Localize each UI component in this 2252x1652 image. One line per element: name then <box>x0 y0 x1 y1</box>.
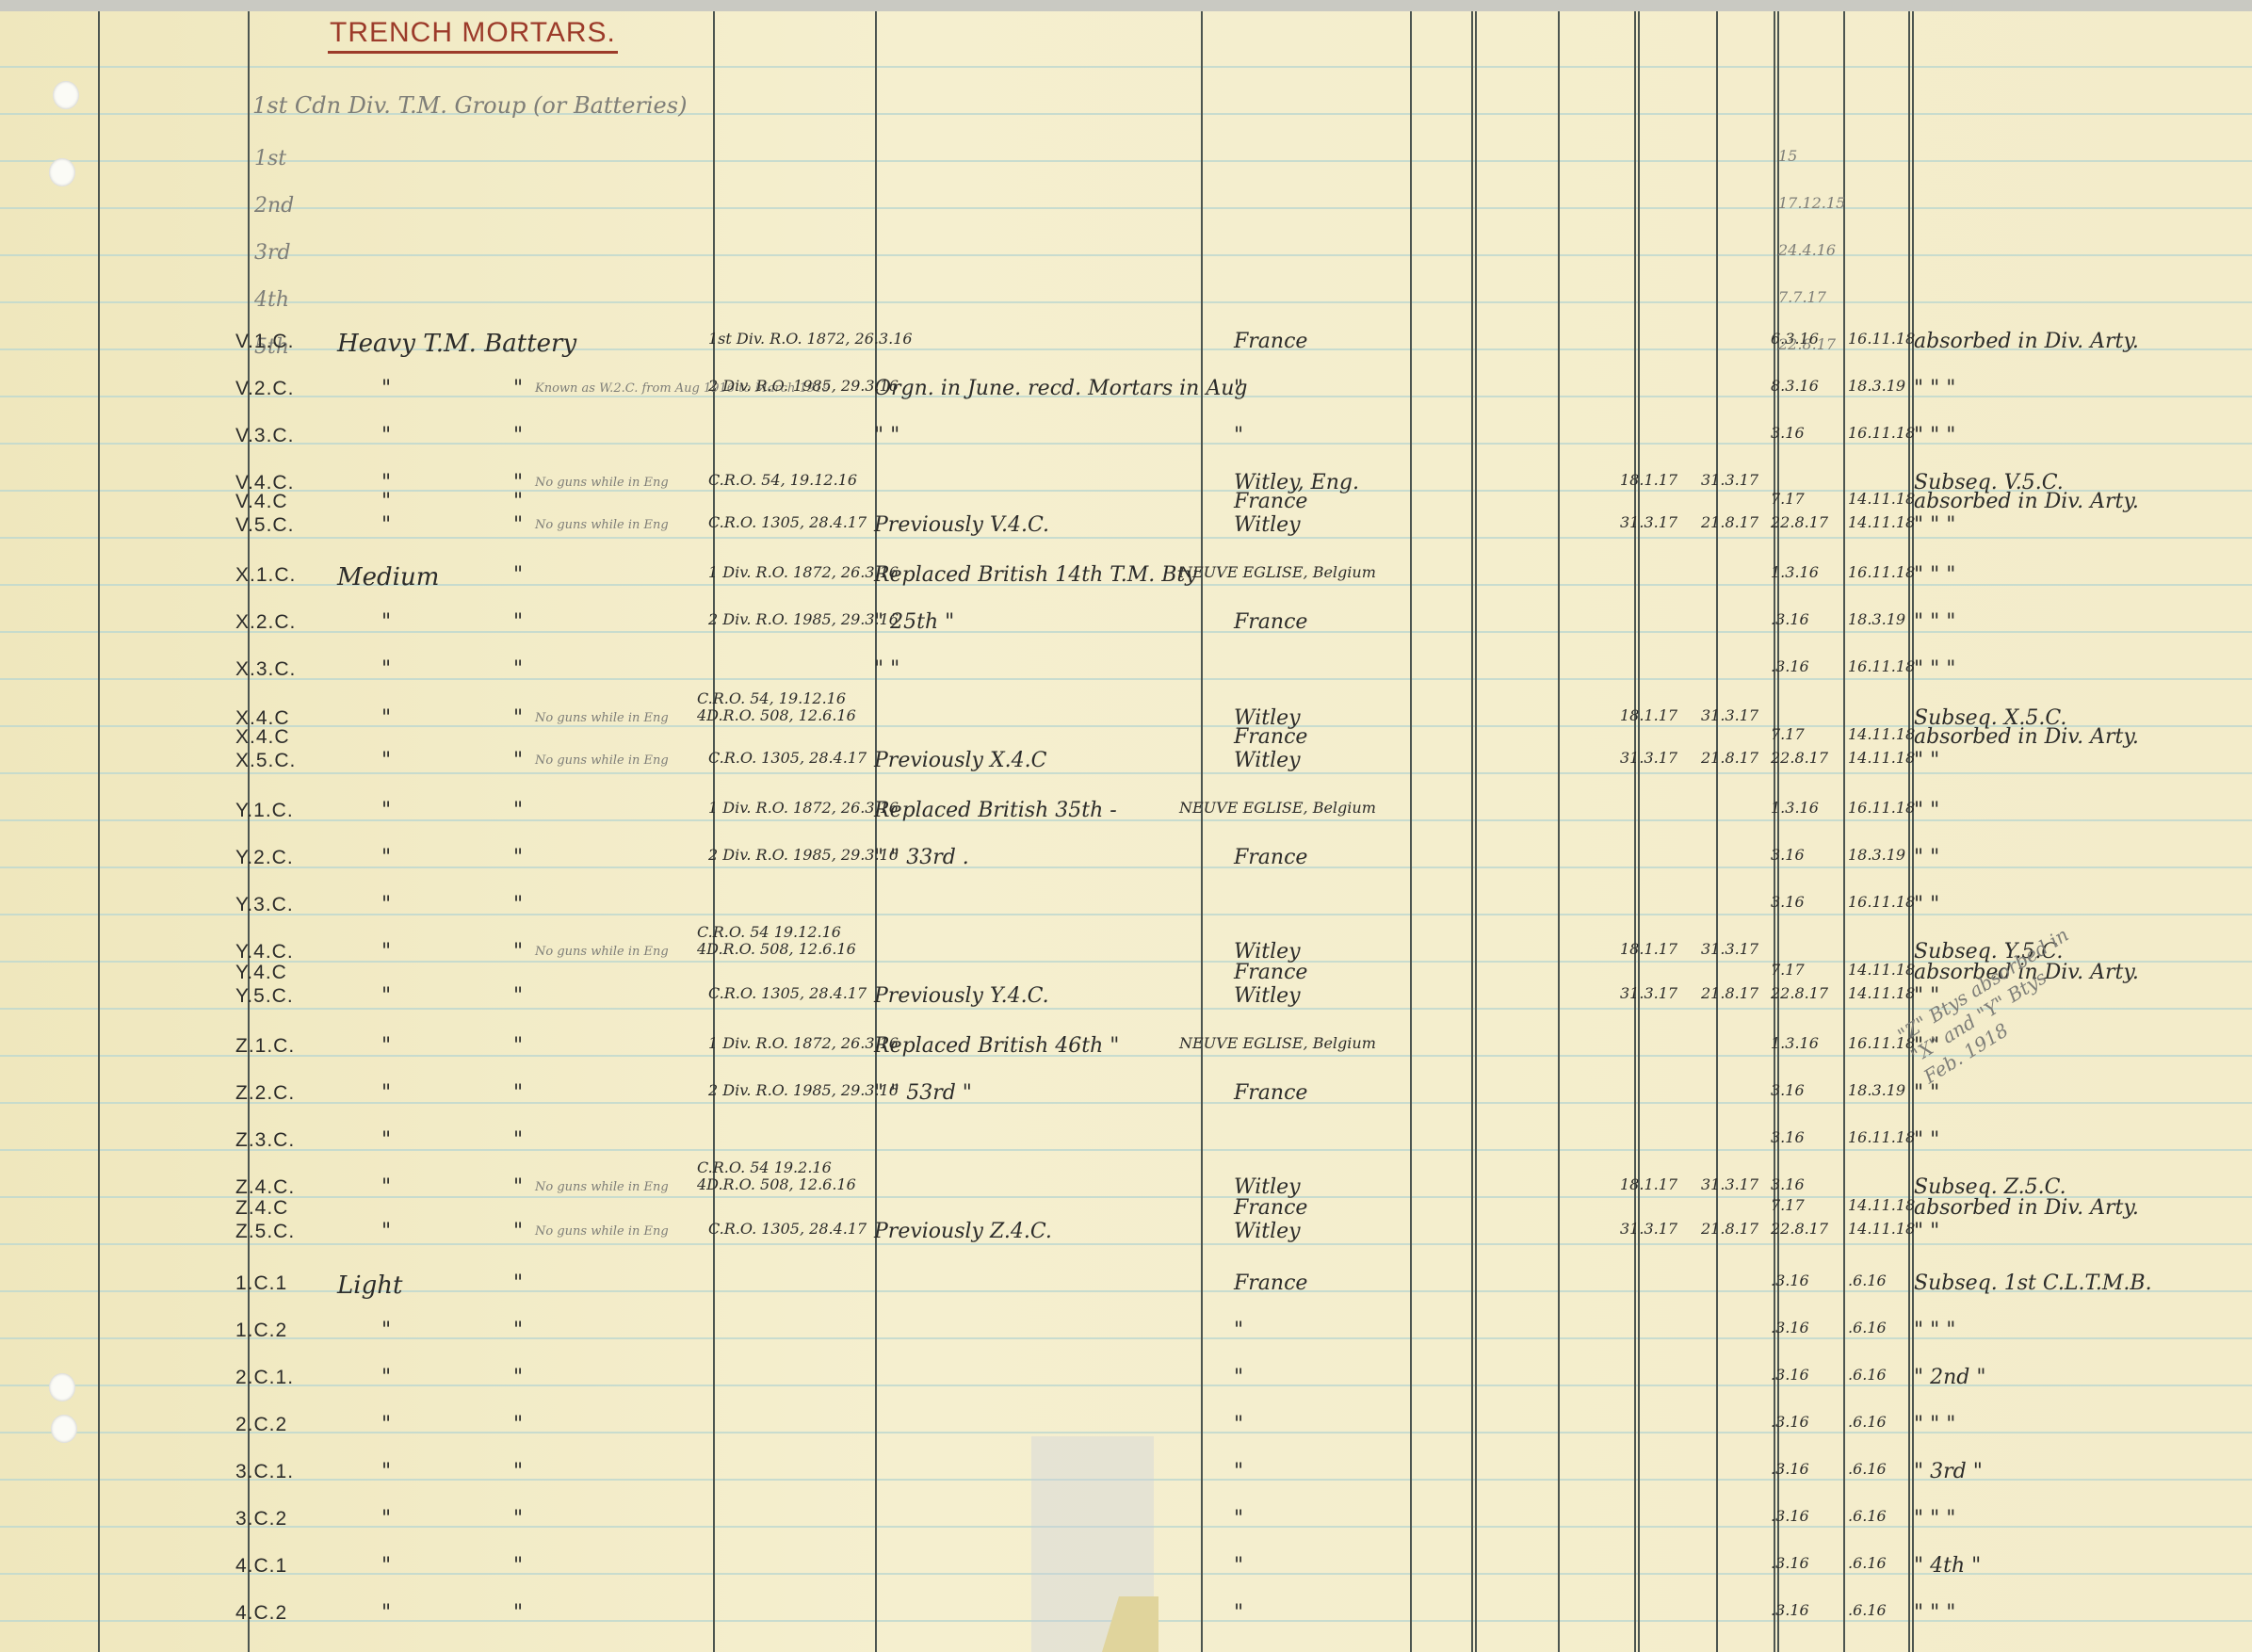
group-label: 1st <box>254 149 286 170</box>
ditto-mark: " <box>513 1177 523 1198</box>
location: France <box>1234 963 1307 983</box>
punch-hole <box>51 1415 77 1443</box>
remarks: " " 33rd . <box>874 848 969 868</box>
date-disbanded: .6.16 <box>1848 1415 1887 1430</box>
fate: " 2nd " <box>1914 1368 1985 1388</box>
date-from: 31.3.17 <box>1620 1222 1677 1237</box>
location: " <box>1234 1556 1243 1577</box>
pencil-note: No guns while in Eng <box>535 519 669 531</box>
fate: " " <box>1914 1222 1939 1242</box>
fate: absorbed in Div. Arty. <box>1914 492 2139 512</box>
location: " <box>1234 1509 1243 1530</box>
remarks: Previously Y.4.C. <box>874 986 1049 1007</box>
date-formed: 7.17 <box>1771 963 1805 978</box>
ruled-line <box>0 207 2252 209</box>
ditto-mark: " <box>513 612 523 633</box>
unit-type: " <box>381 379 391 399</box>
date-formed: .3.16 <box>1771 612 1809 627</box>
fate: absorbed in Div. Arty. <box>1914 727 2139 748</box>
unit-code: X.1.C. <box>235 565 296 585</box>
remarks: Replaced British 35th - <box>874 801 1117 821</box>
location: NEUVE EGLISE, Belgium <box>1179 1036 1376 1051</box>
unit-type: " <box>381 986 391 1007</box>
date-disbanded: .6.16 <box>1848 1603 1887 1618</box>
date-disbanded: 16.11.18 <box>1848 801 1915 816</box>
location: NEUVE EGLISE, Belgium <box>1179 801 1376 816</box>
date-disbanded: 16.11.18 <box>1848 332 1915 347</box>
unit-code: Y.3.C. <box>235 895 294 915</box>
date-disbanded: 16.11.18 <box>1848 659 1915 674</box>
unit-type: Medium <box>337 565 439 590</box>
date-to: 31.3.17 <box>1701 1177 1758 1192</box>
date-from: 31.3.17 <box>1620 751 1677 766</box>
column-rule <box>1716 11 1718 1652</box>
unit-code: X.3.C. <box>235 659 296 679</box>
authority-ref: 2 Div. R.O. 1985, 29.3.16 <box>708 848 899 863</box>
remarks: " " 53rd " <box>874 1083 972 1104</box>
date-from: 31.3.17 <box>1620 986 1677 1001</box>
unit-type: " <box>381 1556 391 1577</box>
ruled-line <box>0 772 2252 774</box>
unit-type: " <box>381 1083 391 1104</box>
authority-ref: 4D.R.O. 508, 12.6.16 <box>697 942 856 957</box>
unit-code: V.4.C <box>235 492 288 511</box>
date-formed: .3.16 <box>1771 1556 1809 1571</box>
remarks: " " <box>874 659 899 680</box>
date-formed: .3.16 <box>1771 1603 1809 1618</box>
fate: " " <box>1914 1130 1939 1151</box>
date-disbanded: 16.11.18 <box>1848 565 1915 580</box>
unit-code: Y.2.C. <box>235 848 294 867</box>
fate: absorbed in Div. Arty. <box>1914 1198 2139 1219</box>
unit-code: 1.C.2 <box>235 1320 287 1340</box>
date-disbanded: 14.11.18 <box>1848 1198 1915 1213</box>
ditto-mark: " <box>513 515 523 536</box>
unit-type: " <box>381 942 391 963</box>
authority-ref: C.R.O. 1305, 28.4.17 <box>708 986 867 1001</box>
group-label: 3rd <box>254 243 291 264</box>
date-formed: 7.17 <box>1771 727 1805 742</box>
page-title: TRENCH MORTARS. <box>328 17 618 54</box>
unit-code: 3.C.1. <box>235 1462 294 1482</box>
column-rule <box>1908 11 1914 1652</box>
location: France <box>1234 848 1307 868</box>
date-disbanded: 14.11.18 <box>1848 963 1915 978</box>
remarks: Replaced British 46th " <box>874 1036 1119 1057</box>
date-formed: 22.8.17 <box>1771 751 1828 766</box>
ditto-mark: " <box>513 1509 523 1530</box>
pencil-note: No guns while in Eng <box>535 477 669 489</box>
date-formed: .3.16 <box>1771 1368 1809 1383</box>
ditto-mark: " <box>513 1083 523 1104</box>
date-from: 18.1.17 <box>1620 1177 1677 1192</box>
date-formed: .3.16 <box>1771 1509 1809 1524</box>
unit-code: X.4.C <box>235 708 290 728</box>
date-disbanded: .6.16 <box>1848 1462 1887 1477</box>
date-from: 31.3.17 <box>1620 515 1677 530</box>
remarks: Orgn. in June. recd. Mortars in Aug <box>874 379 1247 399</box>
date-formed: 1.3.16 <box>1771 1036 1819 1051</box>
location: " <box>1234 1368 1243 1388</box>
date-disbanded: .6.16 <box>1848 1556 1887 1571</box>
date-disbanded: .6.16 <box>1848 1509 1887 1524</box>
pencil-note: No guns while in Eng <box>535 754 669 767</box>
unit-type: " <box>381 1036 391 1057</box>
unit-type: " <box>381 895 391 915</box>
remarks: Replaced British 14th T.M. Bty <box>874 565 1197 586</box>
date-to: 31.3.17 <box>1701 942 1758 957</box>
location: NEUVE EGLISE, Belgium <box>1179 565 1376 580</box>
date-disbanded: 14.11.18 <box>1848 986 1915 1001</box>
ditto-mark: " <box>513 942 523 963</box>
unit-type: " <box>381 751 391 771</box>
ditto-mark: " <box>513 1273 523 1294</box>
date-from: 18.1.17 <box>1620 708 1677 723</box>
date-to: 31.3.17 <box>1701 473 1758 488</box>
authority-ref: 1 Div. R.O. 1872, 26.3.16 <box>708 1036 899 1051</box>
ruled-line <box>0 537 2252 539</box>
ditto-mark: " <box>513 708 523 729</box>
column-rule <box>875 11 877 1652</box>
location: Witley <box>1234 986 1301 1007</box>
ditto-mark: " <box>513 751 523 771</box>
column-rule <box>1843 11 1845 1652</box>
unit-code: V.3.C. <box>235 426 294 445</box>
column-rule <box>1410 11 1412 1652</box>
ditto-mark: " <box>513 848 523 868</box>
date-disbanded: 14.11.18 <box>1848 492 1915 507</box>
date-disbanded: 14.11.18 <box>1848 727 1915 742</box>
group-header: 1st Cdn Div. T.M. Group (or Batteries) <box>252 94 687 117</box>
unit-code: Y.5.C. <box>235 986 294 1006</box>
authority-ref: 1 Div. R.O. 1872, 26.3.16 <box>708 801 899 816</box>
ditto-mark: " <box>513 1603 523 1624</box>
remarks: " 25th " <box>874 612 954 633</box>
fate: " 3rd " <box>1914 1462 1983 1482</box>
authority-ref: C.R.O. 1305, 28.4.17 <box>708 515 867 530</box>
date-formed: .3.16 <box>1771 1320 1809 1336</box>
location: " <box>1234 1415 1243 1435</box>
authority-ref: 1st Div. R.O. 1872, 26.3.16 <box>708 332 913 347</box>
fate: " " " <box>1914 565 1955 586</box>
date-formed: 3.16 <box>1771 1177 1805 1192</box>
unit-code: 4.C.2 <box>235 1603 287 1623</box>
authority-ref: 4D.R.O. 508, 12.6.16 <box>697 708 856 723</box>
date-disbanded: 18.3.19 <box>1848 379 1905 394</box>
unit-type: " <box>381 801 391 821</box>
unit-code: Y.4.C <box>235 963 287 982</box>
unit-code: X.5.C. <box>235 751 296 770</box>
date-formed: 3.16 <box>1771 1083 1805 1098</box>
ditto-mark: " <box>513 895 523 915</box>
column-rule <box>1634 11 1640 1652</box>
fate: Subseq. Z.5.C. <box>1914 1177 2066 1198</box>
date-formed: 1.3.16 <box>1771 565 1819 580</box>
unit-type: " <box>381 848 391 868</box>
date-disbanded: 16.11.18 <box>1848 895 1915 910</box>
unit-type: " <box>381 1462 391 1482</box>
date-disbanded: 14.11.18 <box>1848 751 1915 766</box>
ruled-line <box>0 160 2252 162</box>
location: Witley <box>1234 515 1301 536</box>
ruled-line <box>0 254 2252 256</box>
unit-type: " <box>381 492 391 512</box>
ditto-mark: " <box>513 1130 523 1151</box>
unit-code: X.2.C. <box>235 612 296 632</box>
location: France <box>1234 492 1307 512</box>
group-date: 15 <box>1778 149 1797 164</box>
ditto-mark: " <box>513 1320 523 1341</box>
date-to: 21.8.17 <box>1701 751 1758 766</box>
fate: " 4th " <box>1914 1556 1981 1577</box>
date-formed: 3.16 <box>1771 895 1805 910</box>
fate: " " " <box>1914 426 1955 446</box>
punch-hole <box>49 1373 75 1401</box>
location: Witley <box>1234 942 1301 963</box>
ditto-mark: " <box>513 659 523 680</box>
unit-code: Y.4.C. <box>235 942 294 962</box>
unit-code: X.4.C <box>235 727 290 747</box>
unit-type: " <box>381 1320 391 1341</box>
date-disbanded: 18.3.19 <box>1848 1083 1905 1098</box>
fate: " " " <box>1914 1509 1955 1530</box>
date-formed: .3.16 <box>1771 1273 1809 1288</box>
unit-code: Z.4.C <box>235 1198 288 1218</box>
group-label: 4th <box>254 290 289 311</box>
date-to: 21.8.17 <box>1701 986 1758 1001</box>
punch-hole <box>49 158 75 186</box>
unit-code: 4.C.1 <box>235 1556 287 1576</box>
location: " <box>1234 426 1243 446</box>
unit-type: " <box>381 1177 391 1198</box>
column-rule <box>1558 11 1560 1652</box>
fate: " " <box>1914 801 1939 821</box>
unit-code: V.4.C. <box>235 473 294 493</box>
pencil-note: No guns while in Eng <box>535 946 669 958</box>
date-formed: 7.17 <box>1771 1198 1805 1213</box>
unit-type: " <box>381 426 391 446</box>
unit-code: 3.C.2 <box>235 1509 287 1529</box>
ditto-mark: " <box>513 565 523 586</box>
remarks: Previously Z.4.C. <box>874 1222 1052 1242</box>
ditto-mark: " <box>513 1462 523 1482</box>
pencil-note: No guns while in Eng <box>535 712 669 724</box>
location: France <box>1234 612 1307 633</box>
column-rule <box>713 11 715 1652</box>
authority-ref: C.R.O. 54, 19.12.16 <box>708 473 857 488</box>
location: " <box>1234 379 1243 399</box>
date-disbanded: 14.11.18 <box>1848 1222 1915 1237</box>
date-disbanded: .6.16 <box>1848 1368 1887 1383</box>
unit-code: 2.C.1. <box>235 1368 294 1387</box>
location: France <box>1234 1273 1307 1294</box>
unit-code: Z.5.C. <box>235 1222 295 1241</box>
date-formed: 3.16 <box>1771 848 1805 863</box>
date-to: 21.8.17 <box>1701 515 1758 530</box>
fate: " " <box>1914 895 1939 915</box>
ditto-mark: " <box>513 1222 523 1242</box>
unit-type: " <box>381 1368 391 1388</box>
unit-code: Z.2.C. <box>235 1083 295 1103</box>
ditto-mark: " <box>513 1368 523 1388</box>
column-rule <box>248 11 250 1652</box>
authority-ref: 2 Div. R.O. 1985, 29.3.16 <box>708 379 899 394</box>
remarks: " " <box>874 426 899 446</box>
date-disbanded: .6.16 <box>1848 1273 1887 1288</box>
fate: " " <box>1914 848 1939 868</box>
unit-type: " <box>381 708 391 729</box>
fate: Subseq. 1st C.L.T.M.B. <box>1914 1273 2152 1294</box>
unit-type: " <box>381 1222 391 1242</box>
unit-code: 1.C.1 <box>235 1273 287 1293</box>
location: Witley <box>1234 1177 1301 1198</box>
unit-code: Z.4.C. <box>235 1177 295 1197</box>
remarks: Previously X.4.C <box>874 751 1046 771</box>
date-disbanded: 18.3.19 <box>1848 612 1905 627</box>
unit-type: " <box>381 1130 391 1151</box>
authority-ref: C.R.O. 54, 19.12.16 <box>697 691 846 706</box>
group-date: 24.4.16 <box>1778 243 1836 258</box>
authority-ref: 2 Div. R.O. 1985, 29.3.16 <box>708 1083 899 1098</box>
column-rule <box>98 11 100 1652</box>
unit-code: V.5.C. <box>235 515 294 535</box>
fate: " " " <box>1914 612 1955 633</box>
date-formed: .3.16 <box>1771 1462 1809 1477</box>
location: France <box>1234 727 1307 748</box>
unit-type: " <box>381 1603 391 1624</box>
date-disbanded: 18.3.19 <box>1848 848 1905 863</box>
location: France <box>1234 1083 1307 1104</box>
fate: " " " <box>1914 515 1955 536</box>
location: Witley <box>1234 1222 1301 1242</box>
date-formed: .3.16 <box>1771 1415 1809 1430</box>
location: France <box>1234 332 1307 352</box>
pencil-note: No guns while in Eng <box>535 1181 669 1193</box>
authority-ref: C.R.O. 1305, 28.4.17 <box>708 1222 867 1237</box>
date-formed: 3.16 <box>1771 426 1805 441</box>
authority-ref: C.R.O. 54 19.12.16 <box>697 925 841 940</box>
date-from: 18.1.17 <box>1620 473 1677 488</box>
group-date: 7.7.17 <box>1778 290 1826 305</box>
date-disbanded: 16.11.18 <box>1848 426 1915 441</box>
unit-code: V.1.C. <box>235 332 294 351</box>
date-disbanded: 14.11.18 <box>1848 515 1915 530</box>
date-formed: 7.17 <box>1771 492 1805 507</box>
group-label: 2nd <box>254 196 294 217</box>
unit-code: V.2.C. <box>235 379 294 398</box>
date-formed: 22.8.17 <box>1771 515 1828 530</box>
ditto-mark: " <box>513 801 523 821</box>
authority-ref: 4D.R.O. 508, 12.6.16 <box>697 1177 856 1192</box>
ruled-line <box>0 1008 2252 1010</box>
authority-ref: C.R.O. 54 19.2.16 <box>697 1160 832 1175</box>
date-formed: 22.8.17 <box>1771 986 1828 1001</box>
date-to: 21.8.17 <box>1701 1222 1758 1237</box>
date-disbanded: 16.11.18 <box>1848 1130 1915 1145</box>
authority-ref: C.R.O. 1305, 28.4.17 <box>708 751 867 766</box>
ruled-line <box>0 301 2252 303</box>
location: " <box>1234 1603 1243 1624</box>
authority-ref: 2 Div. R.O. 1985, 29.3.16 <box>708 612 899 627</box>
unit-code: Y.1.C. <box>235 801 294 820</box>
ditto-mark: " <box>513 379 523 399</box>
date-formed: 6.3.16 <box>1771 332 1819 347</box>
ditto-mark: " <box>513 1415 523 1435</box>
fate: " " " <box>1914 1320 1955 1341</box>
punch-hole <box>53 81 79 109</box>
date-formed: 1.3.16 <box>1771 801 1819 816</box>
date-formed: 3.16 <box>1771 1130 1805 1145</box>
date-formed: 8.3.16 <box>1771 379 1819 394</box>
unit-type: Heavy T.M. Battery <box>337 332 576 356</box>
location: " <box>1234 1462 1243 1482</box>
fate: " " " <box>1914 659 1955 680</box>
fate: " " " <box>1914 379 1955 399</box>
date-from: 18.1.17 <box>1620 942 1677 957</box>
ledger-page <box>0 11 2252 1652</box>
fate: " " <box>1914 751 1939 771</box>
column-rule <box>1471 11 1477 1652</box>
unit-type: " <box>381 515 391 536</box>
remarks: Previously V.4.C. <box>874 515 1049 536</box>
fate: " " " <box>1914 1603 1955 1624</box>
date-to: 31.3.17 <box>1701 708 1758 723</box>
ditto-mark: " <box>513 492 523 512</box>
unit-type: Light <box>337 1273 402 1298</box>
unit-type: " <box>381 1509 391 1530</box>
ditto-mark: " <box>513 1036 523 1057</box>
location: " <box>1234 1320 1243 1341</box>
pencil-note: No guns while in Eng <box>535 1225 669 1238</box>
authority-ref: 1 Div. R.O. 1872, 26.3.16 <box>708 565 899 580</box>
column-rule <box>1201 11 1203 1652</box>
unit-code: Z.3.C. <box>235 1130 295 1150</box>
location: Witley <box>1234 751 1301 771</box>
group-date: 17.12.15 <box>1778 196 1845 211</box>
unit-type: " <box>381 659 391 680</box>
unit-code: 2.C.2 <box>235 1415 287 1434</box>
date-disbanded: .6.16 <box>1848 1320 1887 1336</box>
ditto-mark: " <box>513 986 523 1007</box>
ruled-line <box>0 66 2252 68</box>
fate: absorbed in Div. Arty. <box>1914 332 2139 352</box>
date-formed: .3.16 <box>1771 659 1809 674</box>
ditto-mark: " <box>513 1556 523 1577</box>
fate: " " " <box>1914 1415 1955 1435</box>
location: France <box>1234 1198 1307 1219</box>
ditto-mark: " <box>513 426 523 446</box>
ruled-line <box>0 1243 2252 1245</box>
unit-code: Z.1.C. <box>235 1036 295 1056</box>
unit-type: " <box>381 612 391 633</box>
date-formed: 22.8.17 <box>1771 1222 1828 1237</box>
unit-type: " <box>381 1415 391 1435</box>
